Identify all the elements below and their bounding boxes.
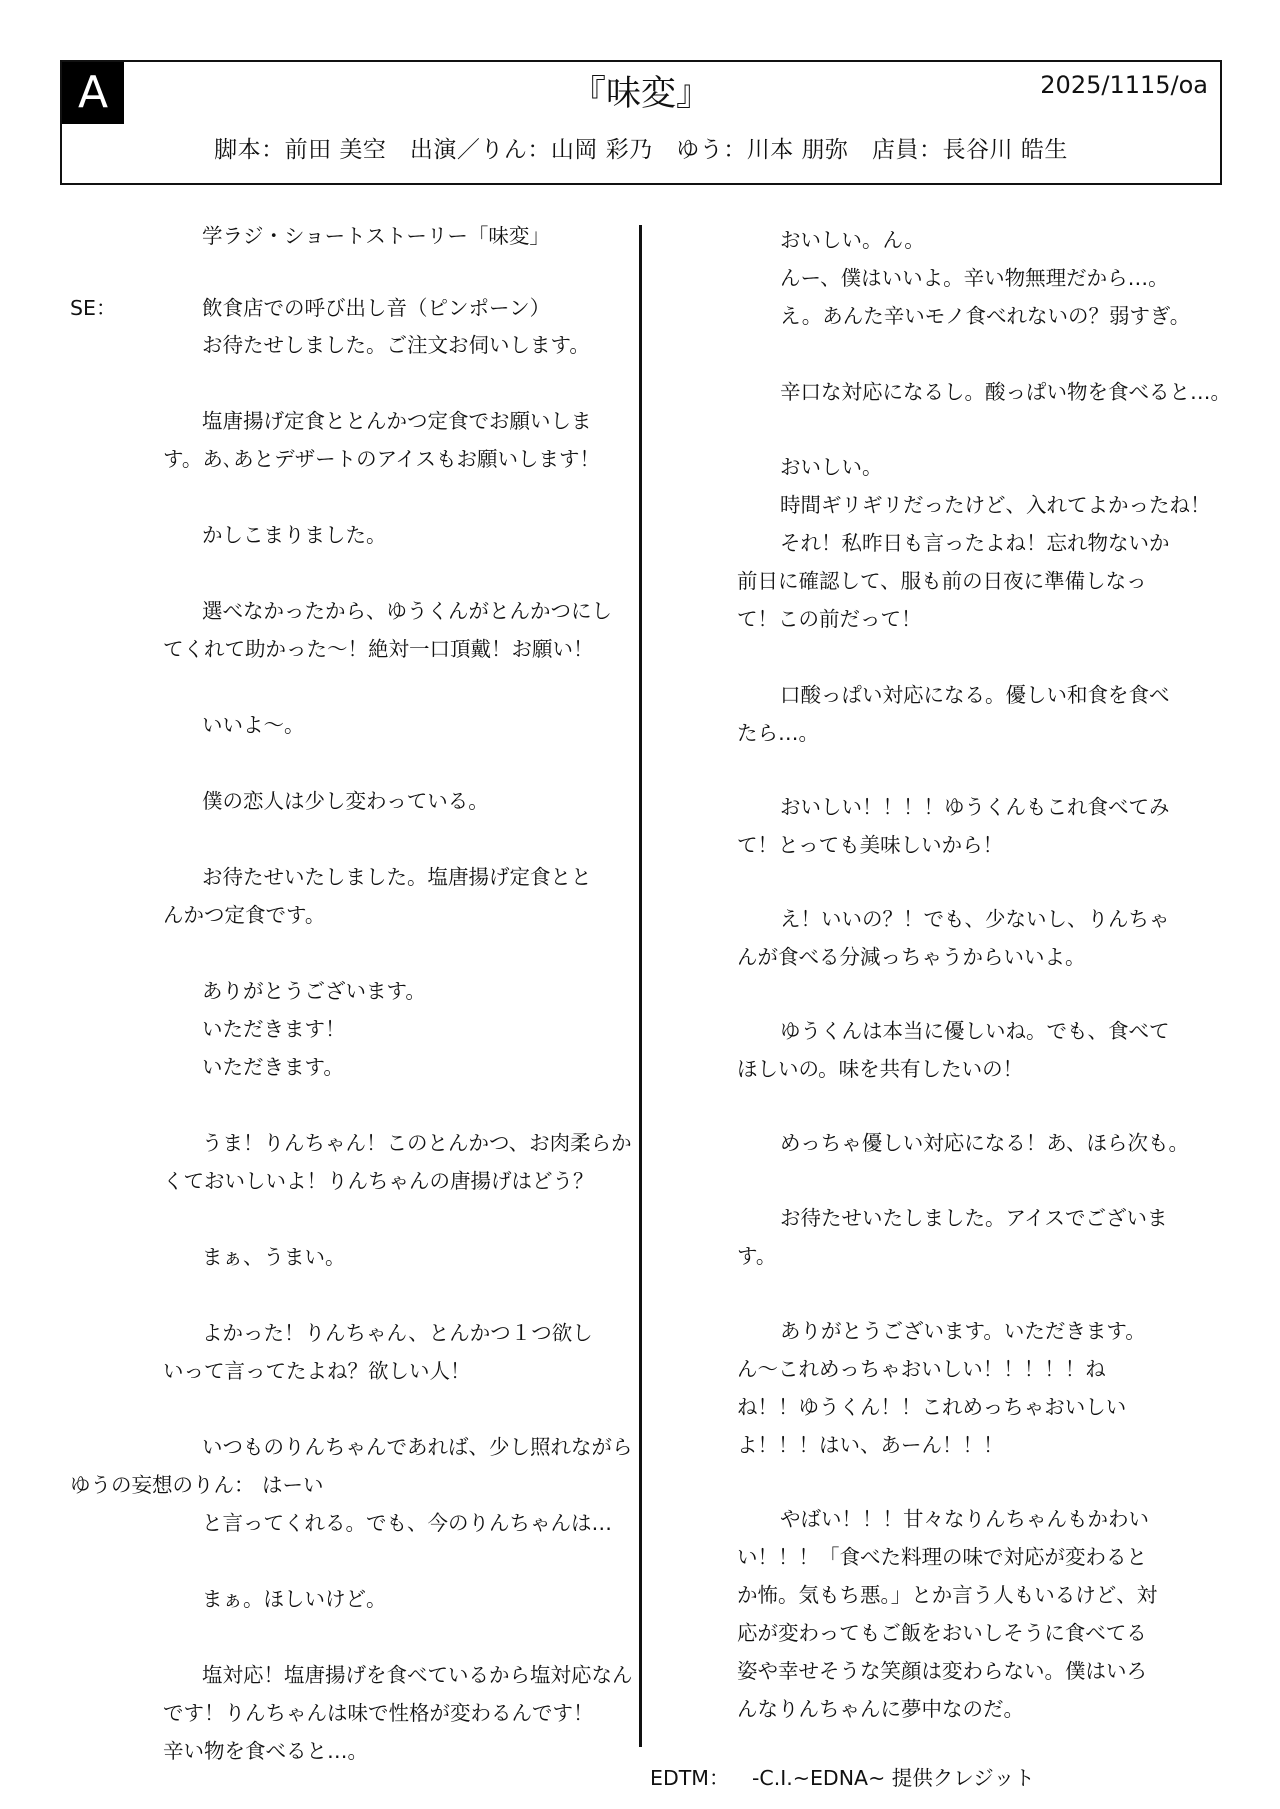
dialogue-line: て！とっても美味しいから！ [737,831,1003,859]
dialogue-line: 辛い物を食べると…。 [163,1737,368,1765]
dialogue-line: 前日に確認して、服も前の日夜に準備しなっ [737,567,1147,595]
dialogue-line: よかった！りんちゃん、とんかつ１つ欲し [202,1319,593,1347]
dialogue-line: うま！りんちゃん！このとんかつ、お肉柔らか [202,1129,632,1157]
speaker-label: ゆうの妄想のりん： [70,1471,255,1499]
dialogue-line: 塩対応！塩唐揚げを食べているから塩対応なん [202,1661,633,1689]
dialogue-line: ありがとうございます。 [202,977,426,1005]
dialogue-line: たら…。 [737,719,819,747]
dialogue-line: いただきます！ [202,1015,346,1043]
dialogue-line: 辛口な対応になるし。酸っぱい物を食べると…。 [780,378,1231,406]
dialogue-line: はーい [262,1471,324,1499]
footer-cue-label: EDTM： [650,1764,729,1792]
dialogue-line: す。 [737,1242,776,1270]
air-date: 2025/1115/oa [1040,68,1208,102]
column-divider [639,225,642,1747]
dialogue-line: です！りんちゃんは味で性格が変わるんです！ [163,1699,594,1727]
dialogue-line: ありがとうございます。いただきます。 [780,1317,1146,1345]
dialogue-line: 塩唐揚げ定食ととんかつ定食でお願いしま [202,407,592,435]
dialogue-line: いって言ってたよね？欲しい人！ [163,1357,471,1385]
dialogue-line: て！この前だって！ [737,605,922,633]
dialogue-line: す。あ､あとデザートのアイスもお願いします！ [163,445,600,473]
dialogue-line: お待たせいたしました。塩唐揚げ定食とと [202,863,592,891]
dialogue-line: ほしいの。味を共有したいの！ [737,1055,1023,1083]
dialogue-line: まぁ。ほしいけど。 [202,1585,387,1613]
dialogue-line: いただきます。 [202,1053,344,1081]
dialogue-line: か怖。気もち悪。」とか言う人もいるけど、対 [737,1581,1157,1609]
dialogue-line: ん～これめっちゃおいしい！！！！！ね [737,1355,1106,1383]
dialogue-line: 口酸っぱい対応になる。優しい和食を食べ [780,681,1170,709]
dialogue-line: よ！！！はい、あーん！！！ [737,1431,1004,1459]
dialogue-line: んが食べる分減っちゃうからいいよ。 [737,943,1086,971]
dialogue-line: んかつ定食です。 [163,901,325,929]
dialogue-line: くておいしいよ！りんちゃんの唐揚げはどう？ [163,1167,594,1195]
dialogue-line: それ！私昨日も言ったよね！忘れ物ないか [780,529,1170,557]
dialogue-line: え！いいの？！でも、少ないし、りんちゃ [780,905,1170,933]
dialogue-line: いつものりんちゃんであれば、少し照れながら [202,1433,633,1461]
dialogue-line: 応が変わってもご飯をおいしそうに食べてる [737,1619,1147,1647]
dialogue-line: と言ってくれる。でも、今のりんちゃんは… [202,1509,612,1537]
dialogue-line: お待たせいたしました。アイスでございま [780,1204,1167,1232]
dialogue-line: 僕の恋人は少し変わっている。 [202,787,489,815]
dialogue-line: てくれて助かった～！絶対一口頂戴！お願い！ [163,635,594,663]
cast-credits: 脚本：前田 美空 出演／りん：山岡 彩乃 ゆう：川本 朋弥 店員：長谷川 皓生 [62,132,1220,168]
dialogue-line: おいしい。 [780,453,883,481]
dialogue-line: い！！！「食べた料理の味で対応が変わると [737,1543,1147,1571]
dialogue-line: 学ラジ・ショートストーリー「味変」 [202,222,550,250]
script-header: A 『味変』 2025/1115/oa 脚本：前田 美空 出演／りん：山岡 彩乃… [60,60,1222,185]
dialogue-line: 選べなかったから、ゆうくんがとんかつにし [202,597,612,625]
dialogue-line: おいしい！！！！ゆうくんもこれ食べてみ [780,793,1170,821]
dialogue-line: おいしい。ん。 [780,226,925,254]
dialogue-line: やばい！！！甘々なりんちゃんもかわい [780,1505,1149,1533]
dialogue-line: まぁ、うまい。 [202,1243,346,1271]
dialogue-line: んー、僕はいいよ。辛い物無理だから…。 [780,264,1169,292]
dialogue-line: ゆうくんは本当に優しいね。でも、食べて [780,1017,1170,1045]
dialogue-line: お待たせしました。ご注文お伺いします。 [202,331,590,359]
speaker-label: SE： [70,294,116,322]
dialogue-line: 飲食店での呼び出し音（ピンポーン） [202,294,550,322]
dialogue-line: かしこまりました。 [202,521,387,549]
dialogue-line: めっちゃ優しい対応になる！あ、ほら次も。 [780,1129,1189,1157]
footer-cue-text: -C.I.~EDNA~ 提供クレジット [752,1764,1035,1792]
dialogue-line: え。あんた辛いモノ食べれないの？弱すぎ。 [780,302,1190,330]
dialogue-line: 時間ギリギリだったけど、入れてよかったね！ [780,491,1211,519]
dialogue-line: ね！！ゆうくん！！これめっちゃおいしい [737,1393,1126,1421]
dialogue-line: んなりんちゃんに夢中なのだ。 [737,1695,1024,1723]
dialogue-line: 姿や幸せそうな笑顔は変わらない。僕はいろ [737,1657,1147,1685]
dialogue-line: いいよ～。 [202,711,305,739]
